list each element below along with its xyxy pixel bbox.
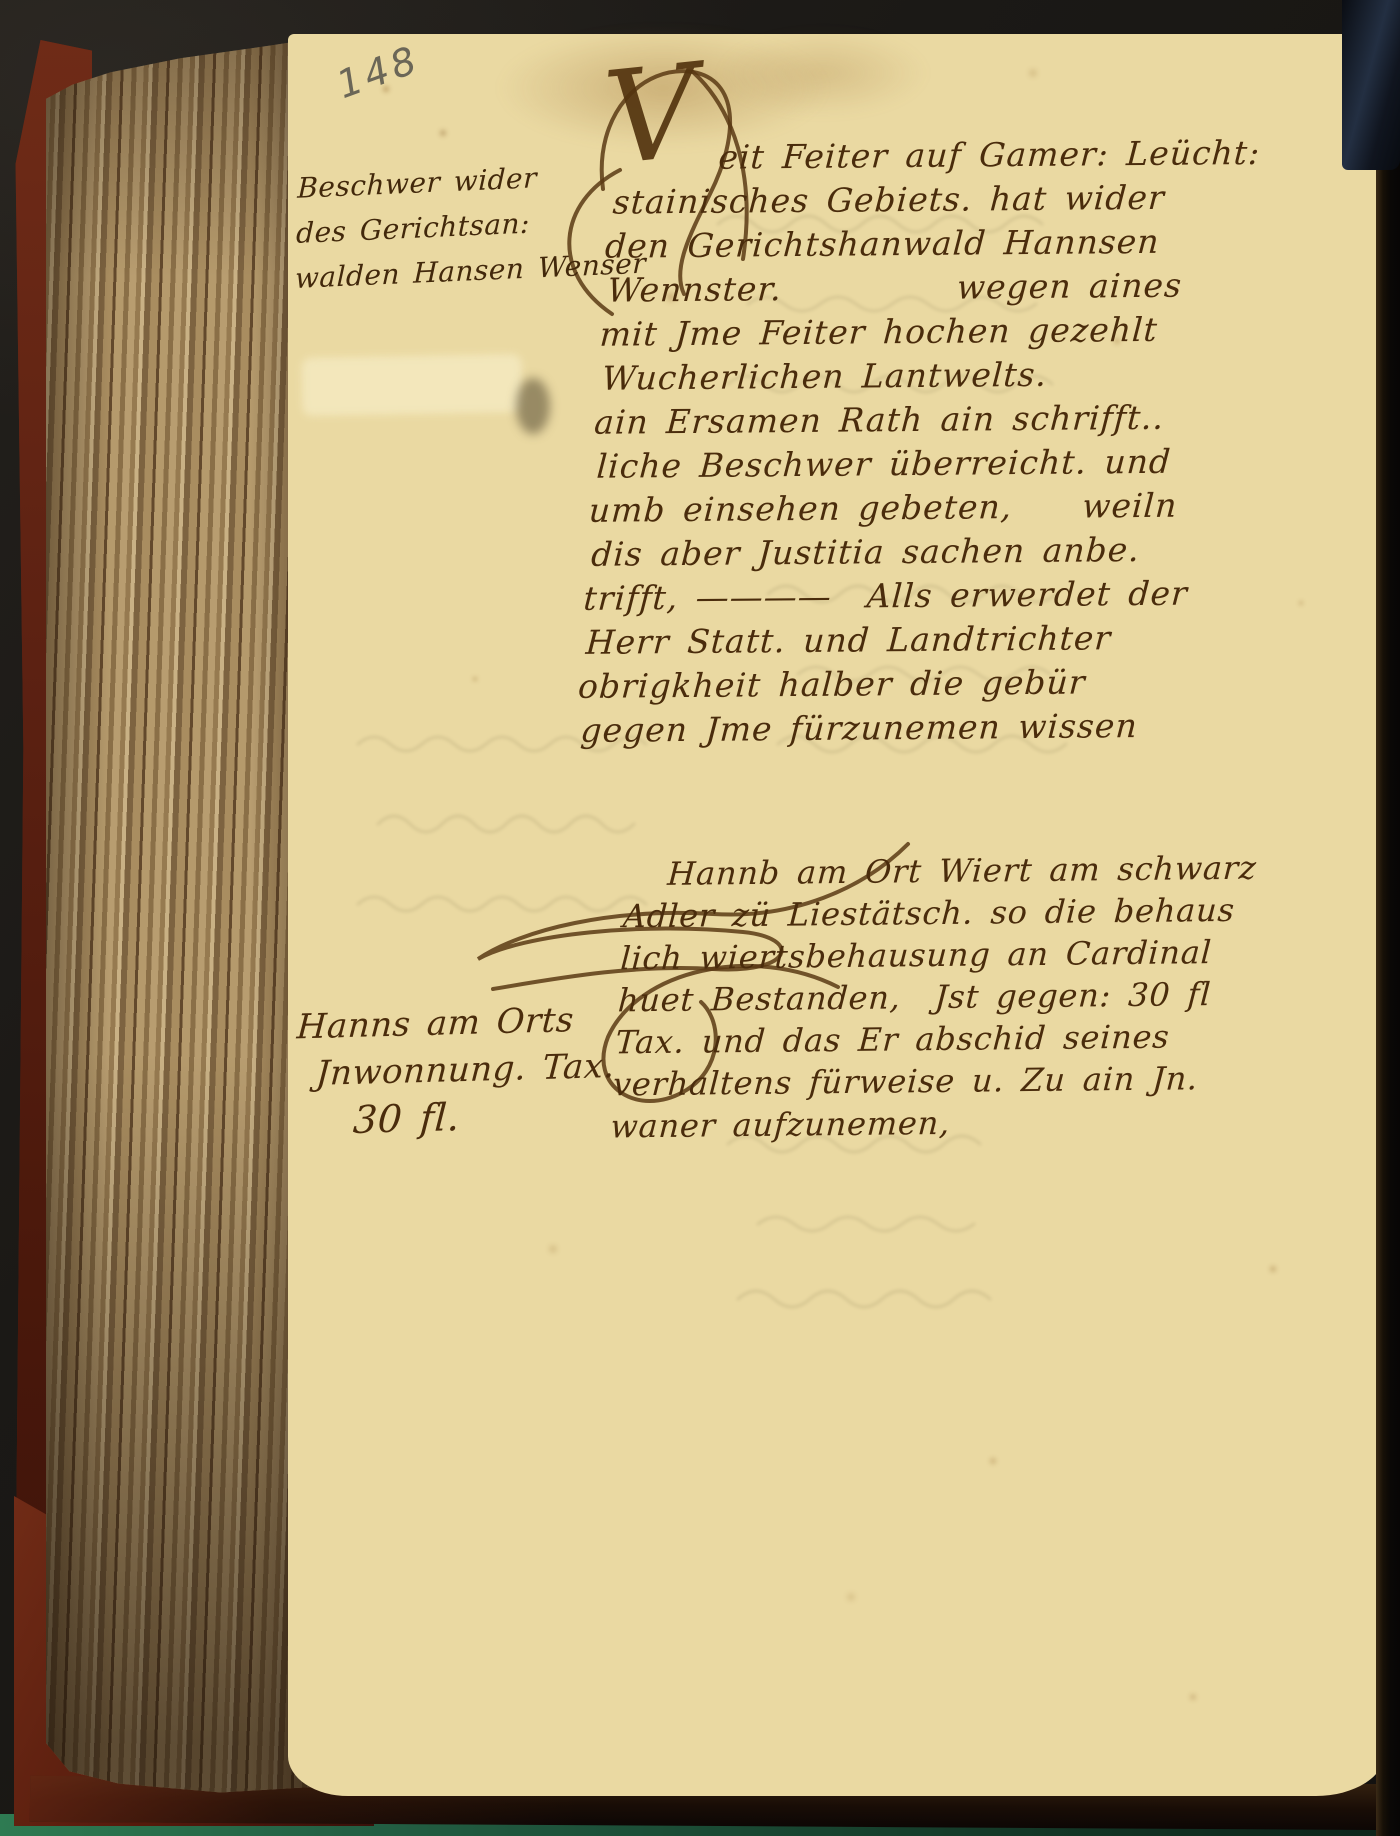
text-line: lich wiertsbehausung an Cardinal — [619, 931, 1261, 980]
entry1-body-text: eit Feiter auf Gamer: Leücht:stainisches… — [574, 131, 1252, 753]
text-line: stainisches Gebiets. hat wider — [611, 175, 1249, 225]
margin-note-tax: Hanns am OrtsJnwonnung. Tax.30 fl. — [290, 995, 639, 1145]
paper-repair-patch — [302, 354, 523, 416]
text-line: umb einsehen gebeten, weiln — [588, 483, 1231, 533]
text-line: liche Beschwer überreicht. und — [595, 439, 1233, 489]
text-line: eit Feiter auf Gamer: Leücht: — [609, 131, 1252, 181]
photo-of-open-manuscript-book: 148 Beschwer widerdes Gerichtsan:walden … — [0, 0, 1400, 1836]
text-line: Hannb am Ort Wiert am schwarz — [624, 847, 1266, 896]
text-line: waner aufzunemen, — [609, 1099, 1251, 1148]
page-number: 148 — [331, 37, 425, 107]
text-line: Adler zü Liestätsch. so die behaus — [622, 889, 1264, 938]
text-line: 30 fl. — [352, 1090, 633, 1144]
foxing-spots — [288, 34, 290, 36]
text-line: trifft, ———— Alls erwerdet der — [582, 571, 1225, 621]
text-line: obrigkheit halber die gebür — [577, 659, 1220, 709]
text-line: gegen Jme fürzunemen wissen — [579, 703, 1217, 753]
manuscript-page: 148 Beschwer widerdes Gerichtsan:walden … — [288, 34, 1386, 1796]
text-line: Wucherlichen Lantwelts. — [601, 351, 1239, 401]
text-line: Jnwonnung. Tax. — [315, 1043, 636, 1098]
entry2-body-text: Hannb am Ort Wiert am schwarzAdler zü Li… — [609, 847, 1266, 1148]
text-line: Herr Statt. und Landtrichter — [585, 615, 1223, 665]
text-line: Wennster. wegen aines — [606, 263, 1244, 313]
book-clasp-or-binding-edge — [1342, 0, 1400, 170]
text-line: dis aber Justitia sachen anbe. — [590, 527, 1228, 577]
text-line: mit Jme Feiter hochen gezehlt — [598, 307, 1241, 357]
text-line: den Gerichtshanwald Hannsen — [604, 219, 1247, 269]
text-line: ain Ersamen Rath ain schrifft.. — [593, 395, 1236, 445]
photo-right-edge-gap — [1376, 0, 1400, 1836]
text-line: huet Bestanden, Jst gegen: 30 fl — [617, 973, 1259, 1022]
text-line: verhaltens fürweise u. Zu ain Jn. — [612, 1057, 1254, 1106]
text-line: Tax. und das Er abschid seines — [614, 1015, 1256, 1064]
